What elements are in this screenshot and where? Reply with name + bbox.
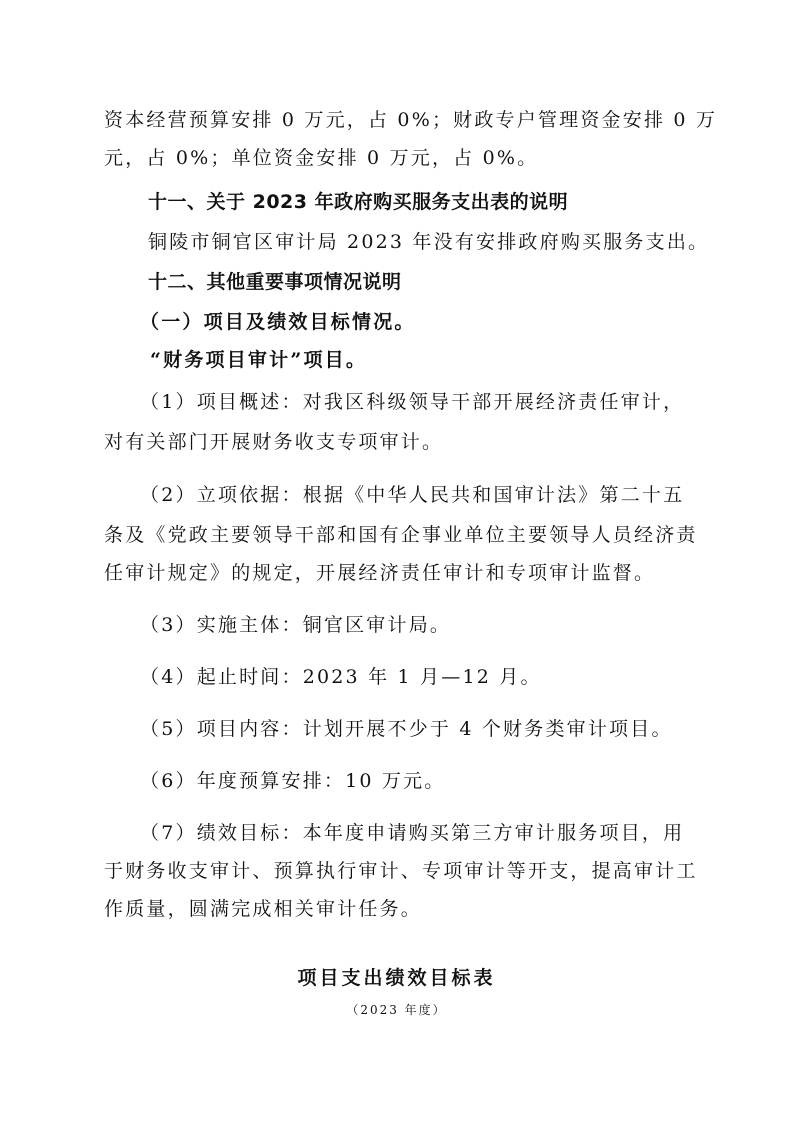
item-content: （5）项目内容：计划开展不少于 4 个财务类审计项目。	[140, 717, 720, 741]
paragraph-line: 资本经营预算安排 0 万元，占 0%；财政专户管理资金安排 0 万	[104, 108, 684, 132]
table-title: 项目支出绩效目标表	[0, 966, 793, 990]
paragraph-line: 条及《党政主要领导干部和国有企事业单位主要领导人员经济责	[104, 523, 684, 547]
paragraph-line: 于财务收支审计、预算执行审计、专项审计等开支，提高审计工	[104, 859, 684, 883]
subsection-heading: （一）项目及绩效目标情况。	[140, 310, 720, 334]
item-period: （4）起止时间：2023 年 1 月—12 月。	[140, 665, 720, 689]
paragraph-line: 作质量，圆满完成相关审计任务。	[104, 897, 684, 921]
item-basis: （2）立项依据：根据《中华人民共和国审计法》第二十五	[140, 483, 720, 507]
paragraph-line: 对有关部门开展财务收支专项审计。	[104, 430, 684, 454]
item-budget: （6）年度预算安排：10 万元。	[140, 769, 720, 793]
paragraph-line: 铜陵市铜官区审计局 2023 年没有安排政府购买服务支出。	[148, 230, 728, 254]
project-name: “财务项目审计”项目。	[150, 348, 730, 372]
section-heading-12: 十二、其他重要事项情况说明	[148, 270, 728, 294]
paragraph-line: 任审计规定》的规定，开展经济责任审计和专项审计监督。	[104, 561, 684, 585]
item-goal: （7）绩效目标：本年度申请购买第三方审计服务项目，用	[140, 821, 720, 845]
section-heading-11: 十一、关于 2023 年政府购买服务支出表的说明	[148, 190, 728, 214]
item-implementer: （3）实施主体：铜官区审计局。	[140, 613, 720, 637]
paragraph-line: 元，占 0%；单位资金安排 0 万元，占 0%。	[104, 146, 684, 170]
item-overview: （1）项目概述：对我区科级领导干部开展经济责任审计，	[140, 390, 720, 414]
table-subtitle: （2023 年度）	[0, 998, 793, 1022]
